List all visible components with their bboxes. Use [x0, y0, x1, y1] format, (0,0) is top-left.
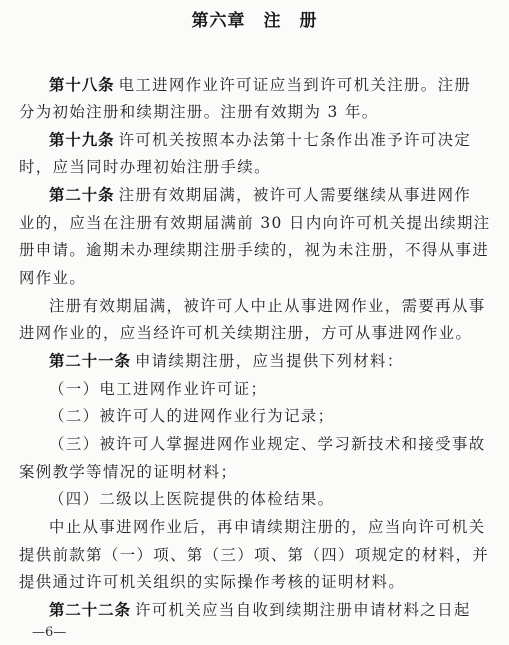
article-title: 第二十二条 — [49, 601, 131, 619]
line-text: 电工进网作业许可证应当到许可机关注册。注册 — [119, 76, 472, 94]
text-line: 提供前款第（一）项、第（三）项、第（四）项规定的材料，并 — [19, 543, 489, 565]
line-text: 案例教学等情况的证明材料； — [19, 463, 237, 481]
text-line: 进网作业的，应当经许可机关续期注册，方可从事进网作业。 — [19, 321, 472, 343]
line-text: （三）被许可人掌握进网作业规定、学习新技术和接受事故 — [49, 435, 486, 453]
line-text: （一）电工进网作业许可证； — [49, 380, 267, 398]
article-title: 第十九条 — [49, 131, 115, 149]
text-line: （四）二级以上医院提供的体检结果。 — [49, 487, 334, 509]
text-line: 第十九条许可机关按照本办法第十七条作出准予许可决定 — [49, 128, 471, 150]
text-line: 时，应当同时办理初始注册手续。 — [19, 155, 271, 177]
chapter-title: 第六章 注 册 — [0, 6, 509, 31]
text-line: 案例教学等情况的证明材料； — [19, 460, 237, 482]
article-title: 第二十条 — [49, 186, 115, 204]
line-text: 网作业。 — [19, 269, 86, 287]
text-line: 中止从事进网作业后，再申请续期注册的，应当向许可机关 — [49, 515, 486, 537]
text-line: 提供通过许可机关组织的实际操作考核的证明材料。 — [19, 570, 405, 592]
text-line: （二）被许可人的进网作业行为记录； — [49, 404, 334, 426]
line-text: （四）二级以上医院提供的体检结果。 — [49, 490, 334, 508]
page-number: —6— — [32, 625, 66, 640]
article-title: 第十八条 — [49, 76, 115, 94]
text-line: （三）被许可人掌握进网作业规定、学习新技术和接受事故 — [49, 432, 486, 454]
text-line: 第十八条电工进网作业许可证应当到许可机关注册。注册 — [49, 73, 471, 95]
line-text: 申请续期注册，应当提供下列材料： — [135, 352, 404, 370]
text-line: 册申请。逾期未办理续期注册手续的，视为未注册，不得从事进 — [19, 238, 489, 260]
line-text: 分为初始注册和续期注册。注册有效期为 3 年。 — [19, 103, 379, 121]
text-line: 第二十一条申请续期注册，应当提供下列材料： — [49, 349, 404, 371]
line-text: 进网作业的，应当经许可机关续期注册，方可从事进网作业。 — [19, 324, 472, 342]
text-line: 第二十条注册有效期届满，被许可人需要继续从事进网作 — [49, 183, 471, 205]
line-text: 中止从事进网作业后，再申请续期注册的，应当向许可机关 — [49, 518, 486, 536]
text-line: 第二十二条许可机关应当自收到续期注册申请材料之日起 — [49, 598, 471, 620]
text-line: 分为初始注册和续期注册。注册有效期为 3 年。 — [19, 100, 379, 122]
line-text: （二）被许可人的进网作业行为记录； — [49, 407, 334, 425]
line-text: 提供通过许可机关组织的实际操作考核的证明材料。 — [19, 573, 405, 591]
line-text: 许可机关按照本办法第十七条作出准予许可决定 — [119, 131, 472, 149]
text-line: 业的，应当在注册有效期届满前 30 日内向许可机关提出续期注 — [19, 211, 491, 233]
line-text: 时，应当同时办理初始注册手续。 — [19, 158, 271, 176]
text-line: 注册有效期届满，被许可人中止从事进网作业，需要再从事 — [49, 294, 486, 316]
line-text: 提供前款第（一）项、第（三）项、第（四）项规定的材料，并 — [19, 546, 489, 564]
text-line: （一）电工进网作业许可证； — [49, 377, 267, 399]
line-text: 册申请。逾期未办理续期注册手续的，视为未注册，不得从事进 — [19, 241, 489, 259]
article-title: 第二十一条 — [49, 352, 131, 370]
document-page: 第六章 注 册 第十八条电工进网作业许可证应当到许可机关注册。注册 分为初始注册… — [0, 0, 509, 645]
line-text: 注册有效期届满，被许可人中止从事进网作业，需要再从事 — [49, 297, 486, 315]
line-text: 注册有效期届满，被许可人需要继续从事进网作 — [119, 186, 472, 204]
text-line: 网作业。 — [19, 266, 86, 288]
line-text: 许可机关应当自收到续期注册申请材料之日起 — [135, 601, 471, 619]
line-text: 业的，应当在注册有效期届满前 30 日内向许可机关提出续期注 — [19, 214, 491, 232]
